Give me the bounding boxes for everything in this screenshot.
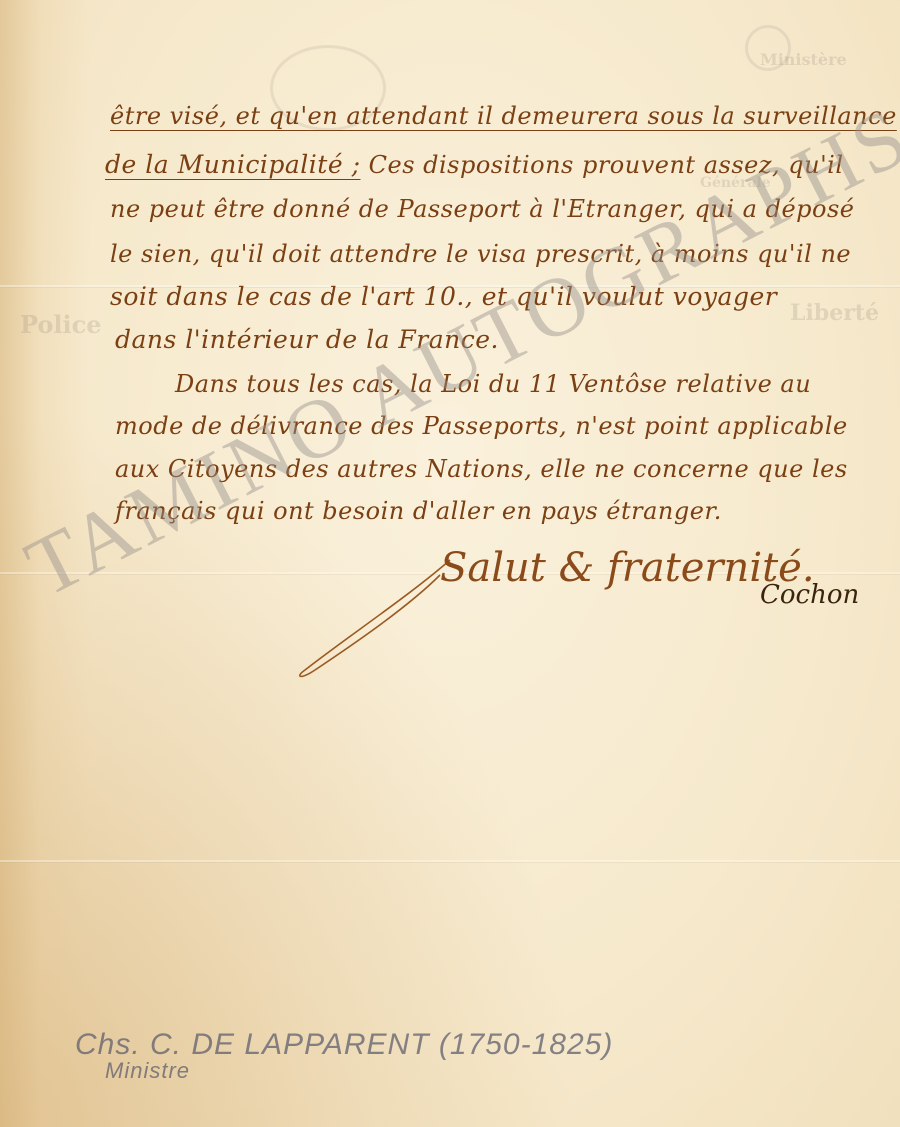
pencil-annotation: Chs. C. DE LAPPARENT (1750-1825) xyxy=(75,1028,613,1062)
bleed-through-text: Liberté xyxy=(790,300,879,326)
underlined-phrase: de la Municipalité ; xyxy=(105,150,361,179)
pencil-annotation: Ministre xyxy=(105,1058,190,1084)
bleed-through-header: Ministère xyxy=(760,50,847,69)
signature-flourish xyxy=(290,555,460,680)
letter-line: être visé, et qu'en attendant il demeure… xyxy=(110,102,897,130)
fold-line xyxy=(0,860,900,862)
signature: Cochon xyxy=(760,580,859,610)
closing-salutation: Salut & fraternité. xyxy=(440,545,815,591)
bleed-through-text: Police xyxy=(20,310,102,339)
